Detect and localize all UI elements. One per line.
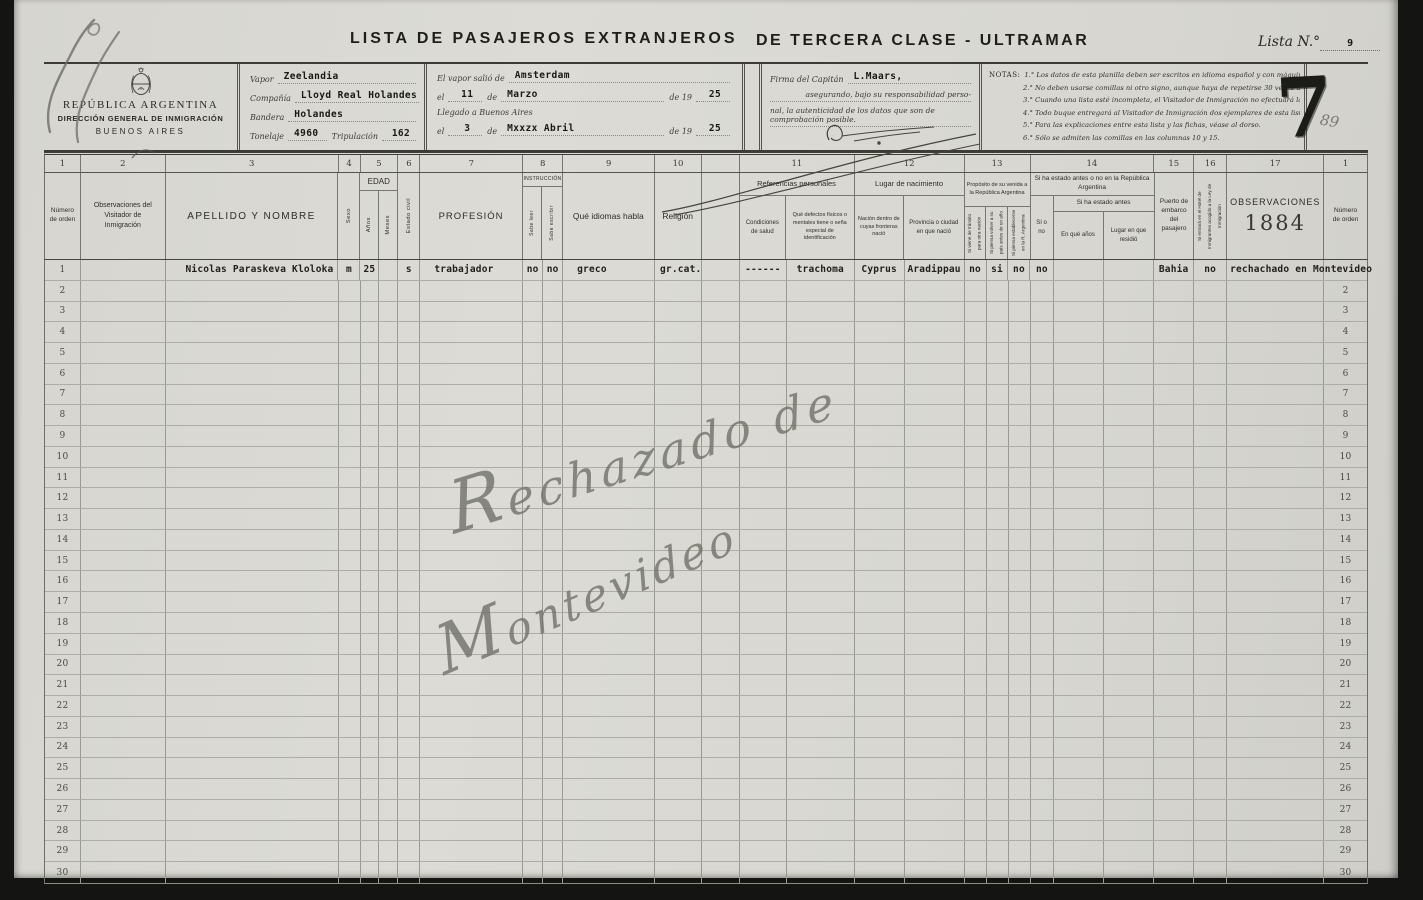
cell-sabe-escribir [543, 634, 563, 654]
cell-lugar-residio [1104, 426, 1154, 446]
cell-meses [379, 613, 398, 633]
cell-provincia [905, 717, 965, 737]
cell-num-right: 8 [1324, 405, 1367, 425]
cell-num-right: 17 [1324, 592, 1367, 612]
cell-anios [361, 281, 380, 301]
scanned-passenger-list: LISTA DE PASAJEROS EXTRANJEROS DE TERCER… [14, 0, 1398, 878]
col-header-proposito: Propósito de su venida a la República Ar… [965, 173, 1031, 259]
salio-month: Marzo [501, 89, 664, 102]
cell-idiomas [563, 862, 655, 883]
cell-sabe-leer [523, 488, 543, 508]
cell-obs-visitador [81, 758, 166, 778]
cell-salud [740, 322, 787, 342]
cell-religion [655, 468, 702, 488]
cell-provincia [905, 613, 965, 633]
cell-salud [740, 655, 787, 675]
cell-name [166, 468, 339, 488]
cell-nacion [855, 613, 905, 633]
cell-num-left: 20 [45, 655, 81, 675]
cell-defectos [787, 613, 855, 633]
cell-sabe-escribir [543, 302, 563, 322]
cell-estuvo-antes [1031, 758, 1055, 778]
cell-en-que-anos [1054, 426, 1104, 446]
cell-provincia [905, 800, 965, 820]
cell-proposito2 [987, 281, 1009, 301]
cell-sabe-escribir [543, 405, 563, 425]
cell-meses [379, 758, 398, 778]
cell-salud [740, 281, 787, 301]
cell-obs-visitador [81, 862, 166, 883]
cell-en-que-anos [1054, 364, 1104, 384]
cell-name [166, 738, 339, 758]
cell-hotel [1194, 675, 1227, 695]
cell-religion [655, 634, 702, 654]
cell-en-que-anos [1054, 405, 1104, 425]
cell-proposito1 [965, 779, 987, 799]
cell-hotel [1194, 426, 1227, 446]
cell-sexo: m [338, 260, 360, 280]
cell-religion [655, 571, 702, 591]
cell-sexo [339, 364, 361, 384]
cell-sexo [339, 758, 361, 778]
cell-nacion [855, 592, 905, 612]
cell-observaciones [1227, 530, 1324, 550]
cell-meses [379, 260, 398, 280]
cell-num-right: 4 [1324, 322, 1367, 342]
cell-sexo [339, 717, 361, 737]
cell-observaciones [1227, 655, 1324, 675]
cell-puerto [1154, 613, 1194, 633]
tonelaje-label: Tonelaje [250, 132, 284, 141]
cell-sabe-escribir [543, 675, 563, 695]
cell-estuvo-antes [1031, 426, 1055, 446]
form-header: REPÚBLICA ARGENTINA DIRECCIÓN GENERAL DE… [44, 62, 1368, 152]
cell-nacion [855, 675, 905, 695]
column-number: 5 [361, 155, 399, 172]
lista-number-value: 9 [1320, 38, 1380, 51]
cell-sabe-escribir [543, 364, 563, 384]
cell-proposito3 [1009, 655, 1031, 675]
table-row: 88 [45, 405, 1367, 426]
cell-anios [361, 509, 380, 529]
column-number: 1 [1324, 155, 1367, 172]
col-header-proposito-establecerse: Si piensa establecerse en la R. Argentin… [1008, 207, 1030, 259]
cell-proposito2 [987, 592, 1009, 612]
cell-en-que-anos [1054, 281, 1104, 301]
cell-en-que-anos [1054, 862, 1104, 883]
cell-proposito1 [965, 447, 987, 467]
cell-en-que-anos [1054, 821, 1104, 841]
cell-hotel [1194, 696, 1227, 716]
cell-name [166, 634, 339, 654]
cell-salud [740, 551, 787, 571]
cell-proposito1 [965, 530, 987, 550]
cell-defectos [787, 841, 855, 861]
cell-proposito2 [987, 634, 1009, 654]
col-header-numero-orden-right: Número de orden [1324, 173, 1367, 259]
cell-sabe-escribir [543, 571, 563, 591]
cell-profesion [420, 426, 523, 446]
salio-port: Amsterdam [509, 70, 730, 83]
cell-estuvo-antes [1031, 468, 1055, 488]
cell-num-left: 10 [45, 447, 81, 467]
cell-observaciones [1227, 468, 1324, 488]
cell-extra [702, 488, 740, 508]
cell-sabe-leer [523, 364, 543, 384]
cell-hotel: no [1194, 260, 1227, 280]
cell-religion [655, 405, 702, 425]
cell-sabe-escribir [543, 738, 563, 758]
cell-en-que-anos [1054, 322, 1104, 342]
compania-value: Lloyd Real Holandes [295, 90, 419, 103]
passenger-table: 12345678910111213141516171 Número de ord… [44, 152, 1368, 884]
salio-label: El vapor salió de [437, 74, 505, 83]
cell-profesion [420, 302, 523, 322]
page-number-stamp: 7 [1274, 73, 1335, 146]
cell-obs-visitador [81, 447, 166, 467]
table-row: 44 [45, 322, 1367, 343]
cell-obs-visitador [81, 302, 166, 322]
column-number: 7 [420, 155, 523, 172]
vapor-value: Zeelandia [278, 71, 416, 84]
cell-observaciones: rechachado en Montevideo [1227, 260, 1324, 280]
cell-sabe-leer [523, 447, 543, 467]
cell-obs-visitador [81, 613, 166, 633]
cell-profesion [420, 281, 523, 301]
cell-salud [740, 426, 787, 446]
cell-sabe-leer [523, 509, 543, 529]
cell-obs-visitador [81, 592, 166, 612]
cell-estuvo-antes [1031, 551, 1055, 571]
cell-puerto [1154, 468, 1194, 488]
cell-proposito3 [1009, 862, 1031, 883]
col-header-blank [702, 173, 740, 259]
cell-extra [702, 468, 740, 488]
cell-idiomas [563, 779, 655, 799]
cell-salud [740, 302, 787, 322]
cell-num-right: 28 [1324, 821, 1367, 841]
agency-box: REPÚBLICA ARGENTINA DIRECCIÓN GENERAL DE… [44, 64, 240, 150]
table-row: 1414 [45, 530, 1367, 551]
cell-proposito3 [1009, 821, 1031, 841]
nota-item: 5.° Para las explicaciones entre esta li… [1023, 119, 1300, 132]
cell-lugar-residio [1104, 717, 1154, 737]
cell-num-right: 25 [1324, 758, 1367, 778]
cell-proposito2 [987, 841, 1009, 861]
cell-num-right: 10 [1324, 447, 1367, 467]
cell-extra [702, 675, 740, 695]
cell-proposito3 [1009, 717, 1031, 737]
cell-sabe-leer [523, 302, 543, 322]
cell-puerto [1154, 343, 1194, 363]
cell-proposito3 [1009, 675, 1031, 695]
cell-estado-civil [398, 343, 420, 363]
cell-lugar-residio [1104, 488, 1154, 508]
cell-num-left: 19 [45, 634, 81, 654]
cell-anios [361, 779, 380, 799]
cell-religion [655, 696, 702, 716]
cell-nacion [855, 758, 905, 778]
column-number: 1 [45, 155, 81, 172]
cell-salud [740, 862, 787, 883]
cell-anios [361, 738, 380, 758]
cell-observaciones [1227, 281, 1324, 301]
cell-puerto [1154, 634, 1194, 654]
cell-obs-visitador [81, 281, 166, 301]
cell-nacion [855, 779, 905, 799]
cell-religion: gr.cat. [655, 260, 702, 280]
cell-sabe-escribir [543, 862, 563, 883]
lista-label: Lista N.° [1258, 34, 1320, 50]
table-row: 1717 [45, 592, 1367, 613]
cell-anios [361, 322, 380, 342]
cell-profesion [420, 779, 523, 799]
cell-en-que-anos [1054, 655, 1104, 675]
cell-proposito2 [987, 613, 1009, 633]
cell-num-left: 24 [45, 738, 81, 758]
cell-extra [702, 530, 740, 550]
cell-provincia [905, 468, 965, 488]
cell-anios [361, 343, 380, 363]
cell-defectos [787, 551, 855, 571]
cell-name [166, 571, 339, 591]
cell-estuvo-antes [1031, 405, 1055, 425]
cell-hotel [1194, 468, 1227, 488]
cell-proposito1 [965, 717, 987, 737]
cell-anios [361, 364, 380, 384]
cell-salud [740, 841, 787, 861]
salio-year: 25 [696, 89, 730, 102]
cell-profesion [420, 551, 523, 571]
cell-proposito2 [987, 696, 1009, 716]
cell-proposito1 [965, 385, 987, 405]
cell-nacion [855, 488, 905, 508]
cell-en-que-anos [1054, 530, 1104, 550]
nota-item: 4.° Todo buque entregará al Visitador de… [1023, 107, 1300, 120]
cell-hotel [1194, 405, 1227, 425]
cell-hotel [1194, 841, 1227, 861]
cell-religion [655, 281, 702, 301]
cell-num-right: 19 [1324, 634, 1367, 654]
cell-religion [655, 426, 702, 446]
cell-proposito2 [987, 551, 1009, 571]
llegado-label: Llegado a Buenos Aires [437, 108, 533, 117]
cell-lugar-residio [1104, 530, 1154, 550]
cell-extra [702, 800, 740, 820]
cell-idiomas [563, 551, 655, 571]
cell-num-right: 16 [1324, 571, 1367, 591]
cell-name [166, 343, 339, 363]
cell-obs-visitador [81, 426, 166, 446]
cell-proposito3 [1009, 779, 1031, 799]
cell-anios [361, 488, 380, 508]
cell-nacion [855, 530, 905, 550]
col-header-sabe-escribir: Sabe escribir [542, 187, 561, 259]
cell-religion [655, 530, 702, 550]
cell-estado-civil [398, 779, 420, 799]
cell-salud [740, 634, 787, 654]
cell-estuvo-antes [1031, 385, 1055, 405]
cell-meses [379, 841, 398, 861]
cell-name [166, 322, 339, 342]
cell-defectos [787, 405, 855, 425]
cell-num-right: 24 [1324, 738, 1367, 758]
cell-idiomas [563, 281, 655, 301]
cell-proposito1 [965, 696, 987, 716]
cell-sabe-escribir [543, 281, 563, 301]
cell-nacion [855, 841, 905, 861]
cell-num-left: 18 [45, 613, 81, 633]
column-number: 11 [740, 155, 855, 172]
cell-idiomas [563, 405, 655, 425]
firma-label: Firma del Capitán [770, 75, 844, 84]
cell-defectos [787, 385, 855, 405]
cell-profesion [420, 405, 523, 425]
cell-num-right: 14 [1324, 530, 1367, 550]
cell-name [166, 821, 339, 841]
cell-num-left: 16 [45, 571, 81, 591]
cell-profesion [420, 592, 523, 612]
cell-estuvo-antes [1031, 821, 1055, 841]
cell-extra [702, 302, 740, 322]
cell-proposito3 [1009, 385, 1031, 405]
cell-provincia [905, 696, 965, 716]
cell-salud [740, 468, 787, 488]
cell-proposito3 [1009, 551, 1031, 571]
cell-meses [379, 364, 398, 384]
cell-proposito1 [965, 634, 987, 654]
cell-proposito3 [1009, 738, 1031, 758]
cell-salud [740, 530, 787, 550]
cell-provincia [905, 862, 965, 883]
cell-salud [740, 696, 787, 716]
cell-defectos [787, 779, 855, 799]
cell-sexo [339, 821, 361, 841]
cell-proposito2 [987, 758, 1009, 778]
cell-proposito1 [965, 758, 987, 778]
nota-item: 1.° Los datos de esta planilla deben ser… [1024, 69, 1300, 82]
cell-defectos [787, 447, 855, 467]
cell-observaciones [1227, 551, 1324, 571]
cell-estado-civil [398, 364, 420, 384]
cell-sabe-leer [523, 281, 543, 301]
cell-sabe-leer [523, 779, 543, 799]
captain-statement-2: nal, la autenticidad de los datos que so… [770, 106, 971, 127]
table-row: 1515 [45, 551, 1367, 572]
cell-lugar-residio [1104, 571, 1154, 591]
cell-num-right: 3 [1324, 302, 1367, 322]
cell-nacion [855, 426, 905, 446]
col-header-lugar-residio: Lugar en que residió [1104, 212, 1154, 259]
cell-defectos [787, 738, 855, 758]
cell-meses [379, 281, 398, 301]
cell-name [166, 841, 339, 861]
cell-hotel [1194, 488, 1227, 508]
cell-salud [740, 613, 787, 633]
cell-meses [379, 675, 398, 695]
table-row: 2828 [45, 821, 1367, 842]
cell-proposito1 [965, 551, 987, 571]
cell-religion [655, 675, 702, 695]
cell-sabe-leer [523, 821, 543, 841]
el-label: el [437, 127, 444, 136]
cell-name [166, 281, 339, 301]
coat-of-arms-icon [129, 67, 153, 97]
cell-sabe-escribir [543, 779, 563, 799]
cell-anios [361, 571, 380, 591]
cell-meses [379, 530, 398, 550]
cell-hotel [1194, 862, 1227, 883]
cell-profesion [420, 488, 523, 508]
cell-profesion [420, 468, 523, 488]
col-header-puerto-embarco: Puerto de embarco del pasajero [1155, 173, 1195, 259]
cell-defectos [787, 592, 855, 612]
cell-observaciones [1227, 385, 1324, 405]
column-number: 6 [398, 155, 420, 172]
cell-salud [740, 800, 787, 820]
cell-en-que-anos [1054, 343, 1104, 363]
cell-nacion [855, 322, 905, 342]
cell-defectos [787, 571, 855, 591]
cell-puerto [1154, 717, 1194, 737]
table-row: 2626 [45, 779, 1367, 800]
cell-estuvo-antes [1031, 862, 1055, 883]
cell-proposito3 [1009, 509, 1031, 529]
cell-sabe-leer [523, 571, 543, 591]
cell-defectos [787, 530, 855, 550]
cell-num-left: 26 [45, 779, 81, 799]
cell-name [166, 655, 339, 675]
cell-sexo [339, 655, 361, 675]
cell-hotel [1194, 447, 1227, 467]
cell-extra [702, 655, 740, 675]
cell-sabe-escribir [543, 551, 563, 571]
cell-lugar-residio [1104, 821, 1154, 841]
cell-idiomas [563, 655, 655, 675]
cell-sabe-escribir [543, 841, 563, 861]
cell-name [166, 302, 339, 322]
cell-idiomas [563, 364, 655, 384]
cell-observaciones [1227, 634, 1324, 654]
cell-observaciones [1227, 841, 1324, 861]
cell-puerto [1154, 302, 1194, 322]
cell-proposito3 [1009, 758, 1031, 778]
cell-hotel [1194, 655, 1227, 675]
cell-sabe-leer [523, 551, 543, 571]
cell-profesion [420, 655, 523, 675]
agency-country: REPÚBLICA ARGENTINA [44, 99, 237, 111]
cell-provincia [905, 322, 965, 342]
cell-observaciones [1227, 405, 1324, 425]
cell-profesion [420, 613, 523, 633]
col-header-idiomas: Qué idiomas habla [563, 173, 655, 259]
cell-proposito1 [965, 426, 987, 446]
cell-proposito2 [987, 426, 1009, 446]
cell-lugar-residio [1104, 322, 1154, 342]
cell-meses [379, 738, 398, 758]
cell-provincia [905, 821, 965, 841]
cell-religion [655, 509, 702, 529]
cell-idiomas [563, 841, 655, 861]
tripulacion-label: Tripulación [332, 132, 378, 141]
cell-sexo [339, 426, 361, 446]
cell-salud [740, 571, 787, 591]
cell-proposito1: no [965, 260, 987, 280]
cell-puerto [1154, 509, 1194, 529]
cell-profesion [420, 800, 523, 820]
cell-proposito1 [965, 738, 987, 758]
cell-idiomas [563, 696, 655, 716]
